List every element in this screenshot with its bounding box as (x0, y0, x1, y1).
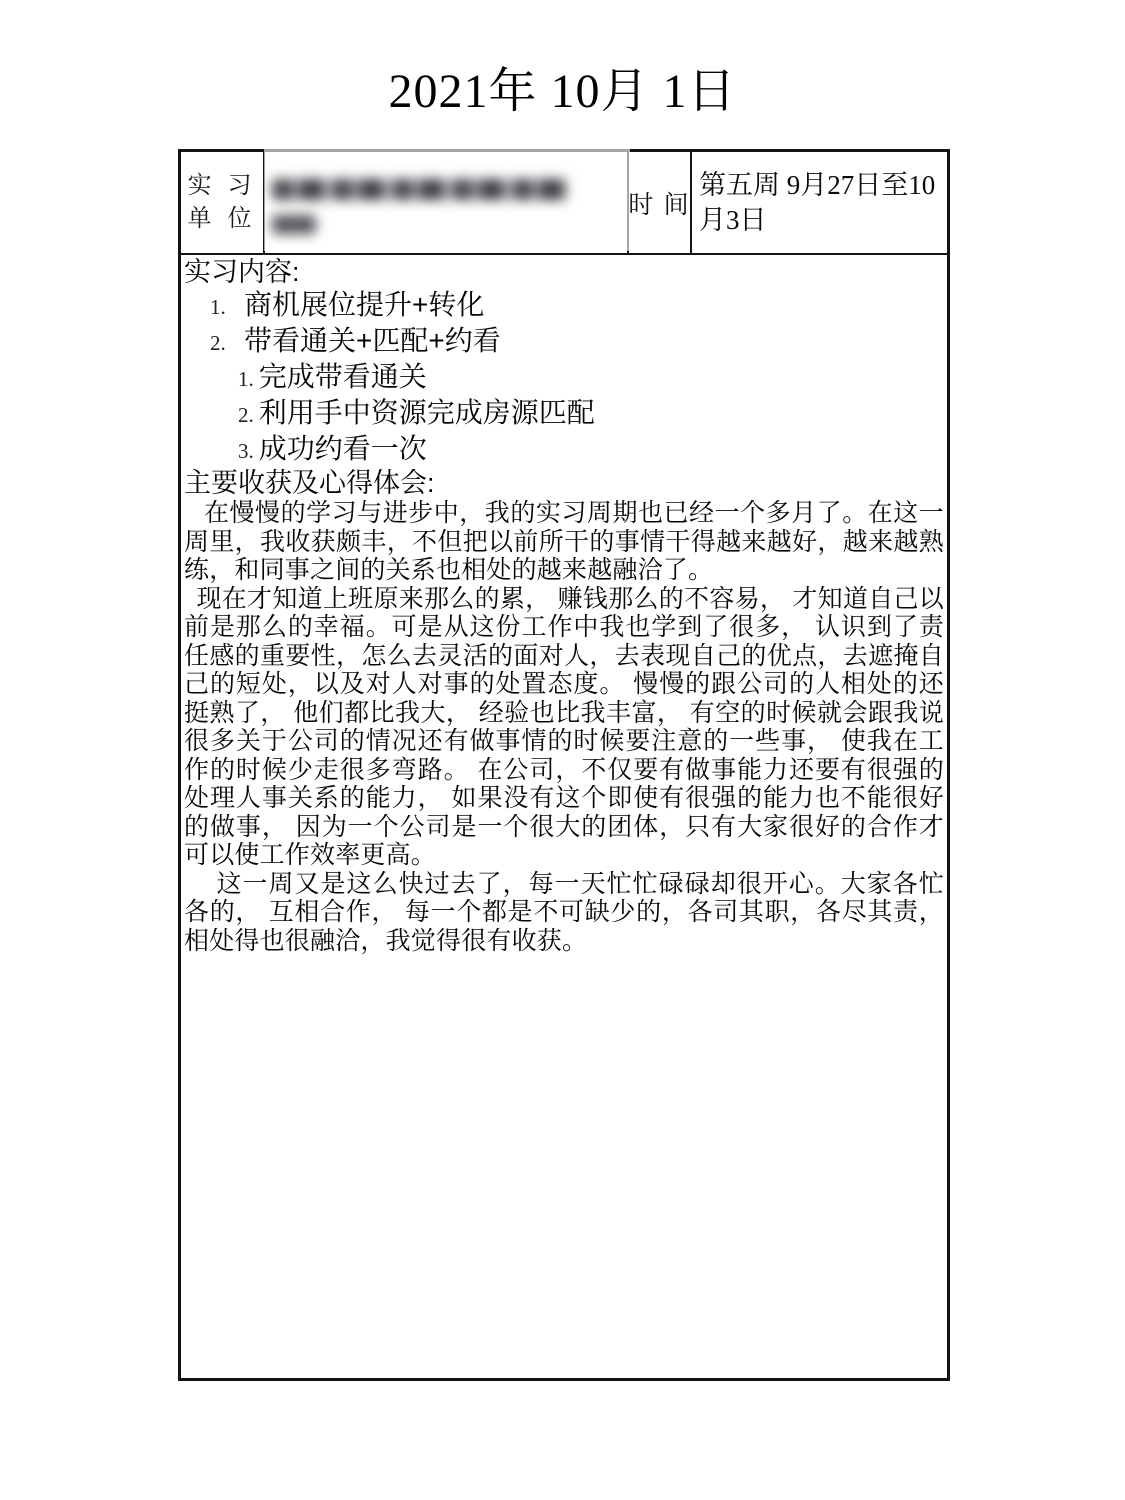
sub-list-item: 1. 完成带看通关 (184, 360, 944, 396)
redacted-company-name (264, 145, 630, 251)
summary-paragraph: 在慢慢的学习与进步中，我的实习周期也已经一个多月了。在这一周里，我收获颇丰，不但… (184, 499, 944, 585)
list-item-text: 完成带看通关 (259, 360, 427, 393)
list-item-number: 3. (238, 435, 254, 468)
time-value: 第五周 9月27日至10月3日 (692, 152, 947, 253)
list-item-number: 2. (210, 327, 234, 360)
list-item: 2. 带看通关+匹配+约看 (184, 324, 944, 360)
content-heading: 实习内容: (184, 257, 944, 288)
list-item-number: 1. (238, 363, 254, 396)
page-title: 2021年 10月 1日 (0, 52, 1125, 121)
internship-unit-value-cell (265, 152, 629, 253)
time-label: 时 间 (629, 152, 692, 253)
summary-paragraph: 现在才知道上班原来那么的累， 赚钱那么的不容易， 才知道自己以前是那么的幸福。可… (184, 585, 944, 870)
internship-unit-label: 实 习 单 位 (181, 152, 265, 253)
list-item-text: 成功约看一次 (259, 432, 427, 465)
list-item-number: 2. (238, 399, 254, 432)
sub-list-item: 3. 成功约看一次 (184, 432, 944, 468)
report-page: 2021年 10月 1日 实 习 单 位 时 间 第五周 9月27日至10月3日… (0, 0, 1125, 1500)
list-item-text: 带看通关+匹配+约看 (244, 324, 501, 357)
list-item-text: 利用手中资源完成房源匹配 (259, 396, 595, 429)
redacted-text-line-2 (272, 215, 316, 234)
weekly-report-table: 实 习 单 位 时 间 第五周 9月27日至10月3日 实习内容: 1. 商机展… (178, 149, 950, 1381)
redacted-text-line-1 (272, 179, 568, 200)
list-item-number: 1. (210, 291, 234, 324)
report-content-cell: 实习内容: 1. 商机展位提升+转化 2. 带看通关+匹配+约看 1. 完成带看… (181, 255, 947, 1378)
table-header-row: 实 习 单 位 时 间 第五周 9月27日至10月3日 (181, 152, 947, 255)
list-item-text: 商机展位提升+转化 (244, 288, 484, 321)
sub-list-item: 2. 利用手中资源完成房源匹配 (184, 396, 944, 432)
summary-heading: 主要收获及心得体会: (184, 468, 944, 499)
list-item: 1. 商机展位提升+转化 (184, 288, 944, 324)
summary-paragraph: 这一周又是这么快过去了，每一天忙忙碌碌却很开心。大家各忙各的， 互相合作， 每一… (184, 870, 944, 956)
